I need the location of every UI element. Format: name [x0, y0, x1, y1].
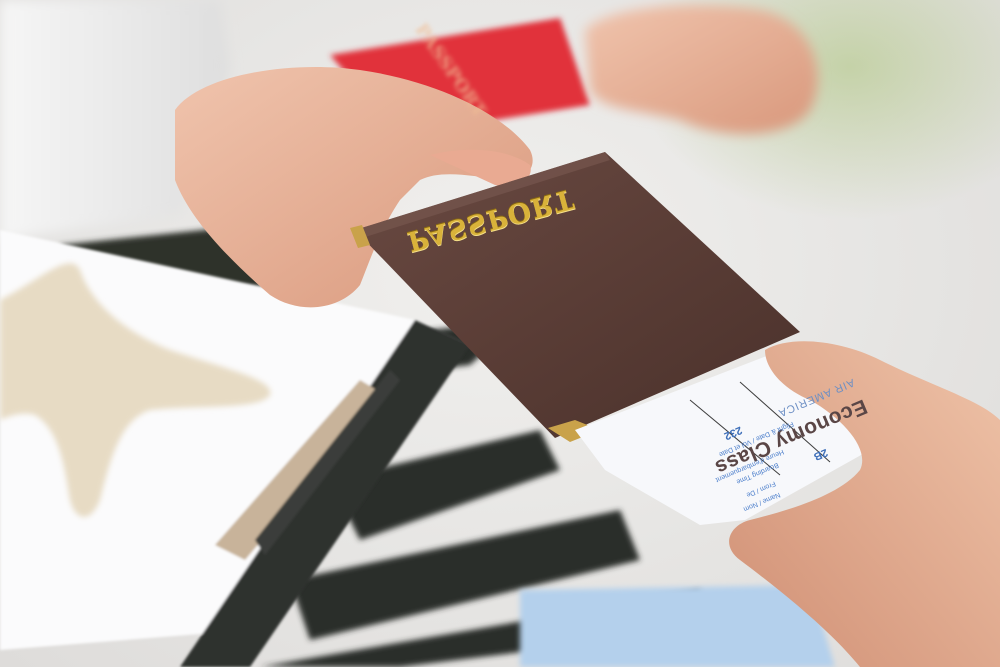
ticket-flight-number: 232	[722, 424, 744, 442]
scene-illustration	[0, 0, 1000, 667]
ticket-seat: 2B	[812, 446, 830, 463]
background-hand	[585, 5, 818, 134]
photo-scene: PASSPORT PASSPORT Economy Class AIR AMER…	[0, 0, 1000, 667]
